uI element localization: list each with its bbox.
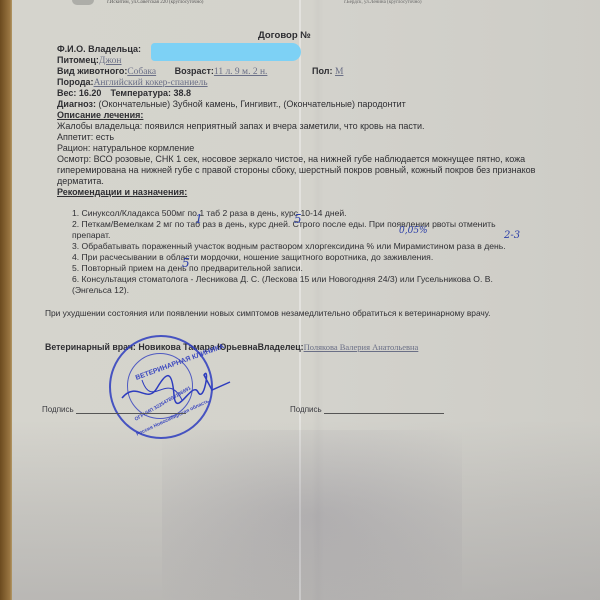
header-address-left: г.Искитим, ул.Советская 220 (круглосуточ…: [107, 0, 203, 5]
handwritten-tab-qty: 1: [195, 212, 203, 226]
recommendation-item: 3. Обрабатывать пораженный участок водны…: [72, 241, 506, 251]
clinic-logo-icon: [72, 0, 94, 5]
diagnosis-row: Диагноз: (Окончательные) Зубной камень, …: [57, 99, 406, 109]
treatment-heading: Описание лечения:: [57, 110, 143, 120]
diagnosis-label: Диагноз:: [57, 99, 96, 109]
pet-value: Джон: [99, 56, 122, 66]
breed-label: Порода:: [57, 77, 94, 87]
weight-value: 16.20: [79, 88, 102, 98]
handwritten-revisit-day: 5: [182, 256, 190, 270]
age-label: Возраст:: [175, 66, 214, 76]
diagnosis-value: (Окончательные) Зубной камень, Гингивит.…: [99, 99, 406, 109]
recommendation-item: 4. При расчесывании в области мордочки, …: [72, 252, 433, 262]
sex-row: Пол: М: [312, 66, 343, 77]
diet-text: Рацион: натуральное кормление: [57, 143, 194, 153]
species-label: Вид животного:: [57, 66, 127, 76]
sex-label: Пол:: [312, 66, 332, 76]
complaints-text: Жалобы владельца: появился неприятный за…: [57, 121, 425, 131]
weight-label: Вес:: [57, 88, 76, 98]
age-value: 11 л. 9 м. 2 н.: [214, 67, 267, 77]
exam-text-line-3: дерматита.: [57, 176, 104, 186]
handwritten-course-days: 5: [294, 212, 302, 226]
appetite-text: Аппетит: есть: [57, 132, 114, 142]
owner-sign-name: Полякова Валерия Анатольевна: [304, 342, 419, 352]
signature-right: Подпись: [290, 405, 444, 414]
redacted-owner-name: [151, 43, 301, 61]
pet-row: Питомец:Джон: [57, 55, 122, 66]
pet-label: Питомец:: [57, 55, 99, 65]
paper-shadow: [162, 430, 462, 600]
signature-label-right: Подпись: [290, 405, 322, 414]
recommendations-heading: Рекомендации и назначения:: [57, 187, 187, 197]
signature-label-left: Подпись: [42, 405, 74, 414]
recommendation-item: (Энгельса 12).: [72, 285, 129, 295]
document-page: г.Искитим, ул.Советская 220 (круглосуточ…: [12, 0, 600, 600]
recommendation-item: 1. Синуксол/Кладакса 500мг по 1 таб 2 ра…: [72, 208, 347, 218]
sex-value: М: [335, 67, 343, 77]
exam-text-line-2: гиперемирована на нижней губе с правой с…: [57, 165, 535, 175]
vitals-row: Вес: 16.20 Температура: 38.8: [57, 88, 191, 98]
exam-text-line-1: Осмотр: ВСО розовые, СНК 1 сек, носовое …: [57, 154, 525, 164]
warning-text: При ухудшении состояния или появлении но…: [45, 308, 490, 318]
owner-label: Ф.И.О. Владельца:: [57, 44, 141, 54]
document-title: Договор №: [258, 30, 311, 41]
breed-value: Английский кокер-спаниель: [94, 78, 208, 88]
signature-line-right: [324, 413, 444, 414]
owner-sign-label: Владелец:: [258, 342, 304, 352]
handwritten-times-per-day: 2-3: [504, 230, 520, 241]
recommendation-item: препарат.: [72, 230, 110, 240]
breed-row: Порода:Английский кокер-спаниель: [57, 77, 208, 88]
temperature-label: Температура:: [110, 88, 171, 98]
species-row: Вид животного:Собака Возраст:11 л. 9 м. …: [57, 66, 267, 77]
owner-row: Ф.И.О. Владельца:: [57, 44, 141, 54]
recommendation-item: 2. Петкам/Вемелкам 2 мг по таб раз в ден…: [72, 219, 496, 229]
handwritten-signature: [112, 350, 232, 430]
signature-left: Подпись: [42, 405, 186, 414]
signature-line-left: [76, 413, 186, 414]
recommendation-item: 6. Консультация стоматолога - Лесникова …: [72, 274, 493, 284]
handwritten-chlorhex-percent: 0,05%: [399, 226, 428, 236]
header-address-right: г.Бердск, ул.Ленина (круглосуточно): [344, 0, 422, 5]
temperature-value: 38.8: [174, 88, 192, 98]
species-value: Собака: [127, 67, 156, 77]
